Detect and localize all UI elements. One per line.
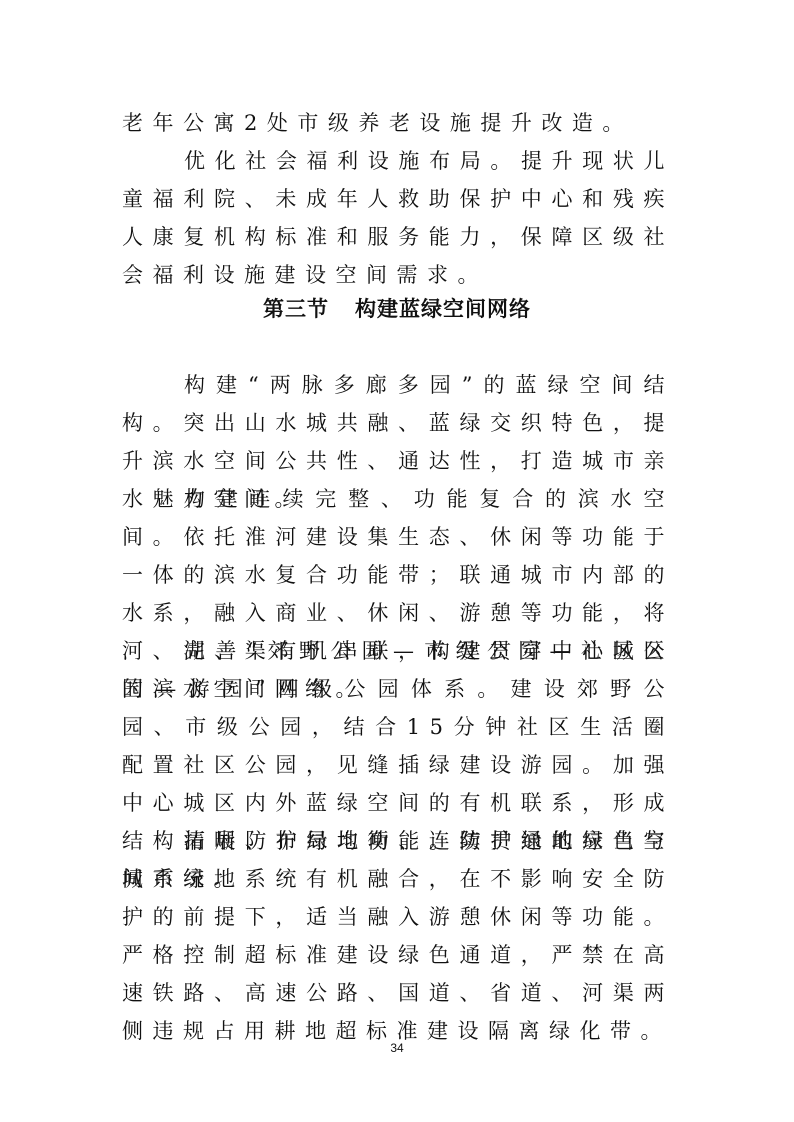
document-page: 老年公寓2处市级养老设施提升改造。 优化社会福利设施布局。提升现状儿童福利院、未… <box>0 0 794 1122</box>
section-heading: 第三节构建蓝绿空间网络 <box>0 289 794 329</box>
paragraph-social-welfare: 优化社会福利设施布局。提升现状儿童福利院、未成年人救助保护中心和残疾人康复机构标… <box>122 142 674 294</box>
paragraph-protective-greenland: 拓展防护绿地功能。防护绿地应当与城市绿地系统有机融合，在不影响安全防护的前提下，… <box>122 822 674 1050</box>
section-title: 构建蓝绿空间网络 <box>355 297 531 321</box>
section-number: 第三节 <box>263 297 329 321</box>
paragraph-elderly-apartments: 老年公寓2处市级养老设施提升改造。 <box>122 104 674 142</box>
page-number: 34 <box>0 1041 794 1055</box>
